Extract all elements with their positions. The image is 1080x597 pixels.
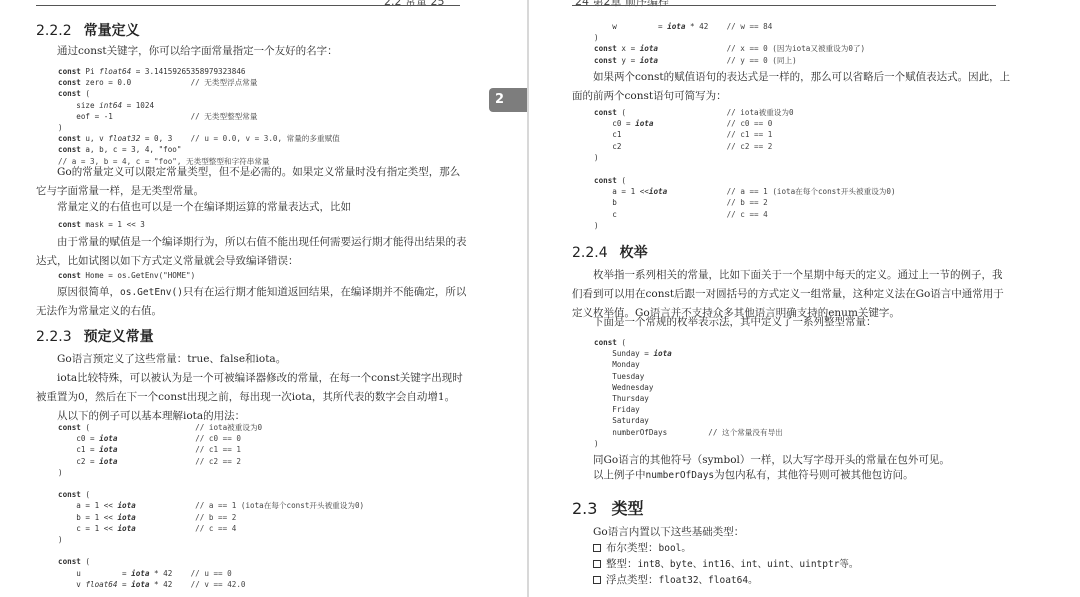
section-title: 常量定义 [84, 23, 140, 39]
checkbox-bullet-icon [593, 544, 601, 552]
paragraph: 通过const关键字，你可以给字面常量指定一个友好的名字： [36, 42, 466, 61]
section-heading-2-2-3: 2.2.3预定义常量 [36, 326, 154, 346]
text: 以上例子中 [593, 469, 646, 481]
bullet-label: 整型： [606, 558, 638, 570]
code-block: const ( Sunday = iota Monday Tuesday Wed… [594, 337, 783, 449]
list-item: 浮点类型：float32、float64。 [593, 571, 758, 590]
bullet-value: bool。 [659, 543, 691, 554]
section-title: 枚举 [620, 245, 648, 261]
right-page: 24 第2章 顺序编程 w = iota * 42 // w == 84 ) c… [530, 0, 1080, 597]
code-block: const ( // iota被重设为0 c0 = iota // c0 == … [594, 107, 794, 163]
paragraph: Go的常量定义可以限定常量类型，但不是必需的。如果定义常量时没有指定类型，那么它… [36, 163, 468, 201]
paragraph: 下面是一个常规的枚举表示法，其中定义了一系列整型常量： [572, 313, 1012, 332]
inline-code: os.GetEnv() [120, 287, 183, 298]
section-number: 2.2.3 [36, 329, 72, 345]
code-line: const Home = os.GetEnv("HOME") [58, 270, 195, 281]
section-number: 2.2.2 [36, 23, 72, 39]
paragraph: iota比较特殊，可以被认为是一个可被编译器修改的常量，在每一个const关键字… [36, 369, 468, 407]
section-number: 2.3 [572, 499, 597, 518]
paragraph: 原因很简单，os.GetEnv()只有在运行期才能知道返回结果，在编译期并不能确… [36, 283, 468, 321]
header-rule [36, 5, 460, 6]
bullet-value: int8、byte、int16、int、uint、uintptr等。 [638, 559, 859, 570]
code-block: const ( a = 1 <<iota // a == 1 (iota在每个c… [594, 175, 896, 231]
bullet-label: 布尔类型： [606, 542, 659, 554]
inline-code: numberOfDays [646, 470, 715, 481]
code-block: const ( // iota被重设为0 c0 = iota // c0 == … [58, 422, 364, 590]
code-block: const Pi float64 = 3.1415926535897932384… [58, 66, 340, 167]
section-heading-2-2-2: 2.2.2常量定义 [36, 20, 140, 40]
checkbox-bullet-icon [593, 560, 601, 568]
bullet-value: float32、float64。 [659, 575, 758, 586]
paragraph: 以上例子中numberOfDays为包内私有，其他符号则可被其他包访问。 [572, 466, 1012, 485]
section-heading-2-3: 2.3类型 [572, 496, 643, 519]
section-title: 类型 [611, 499, 643, 518]
code-line: const mask = 1 << 3 [58, 219, 145, 230]
checkbox-bullet-icon [593, 576, 601, 584]
section-title: 预定义常量 [84, 329, 154, 345]
section-number: 2.2.4 [572, 245, 608, 261]
paragraph: 由于常量的赋值是一个编译期行为，所以右值不能出现任何需要运行期才能得出结果的表达… [36, 233, 468, 271]
text: 为包内私有，其他符号则可被其他包访问。 [714, 469, 914, 481]
header-rule [572, 5, 996, 6]
section-heading-2-2-4: 2.2.4枚举 [572, 242, 648, 262]
paragraph: Go语言预定义了这些常量：true、false和iota。 [36, 350, 468, 369]
chapter-thumb-tab: 2 [489, 88, 528, 112]
page-gutter [527, 0, 529, 597]
code-block: w = iota * 42 // w == 84 ) const x = iot… [594, 21, 865, 66]
left-page: 2.2 常量 25 2.2.2常量定义 通过const关键字，你可以给字面常量指… [0, 0, 528, 597]
text: 原因很简单， [57, 286, 120, 298]
paragraph: 如果两个const的赋值语句的表达式是一样的，那么可以省略后一个赋值表达式。因此… [572, 68, 1012, 106]
paragraph: 常量定义的右值也可以是一个在编译期运算的常量表达式，比如 [36, 198, 468, 217]
bullet-label: 浮点类型： [606, 574, 659, 586]
